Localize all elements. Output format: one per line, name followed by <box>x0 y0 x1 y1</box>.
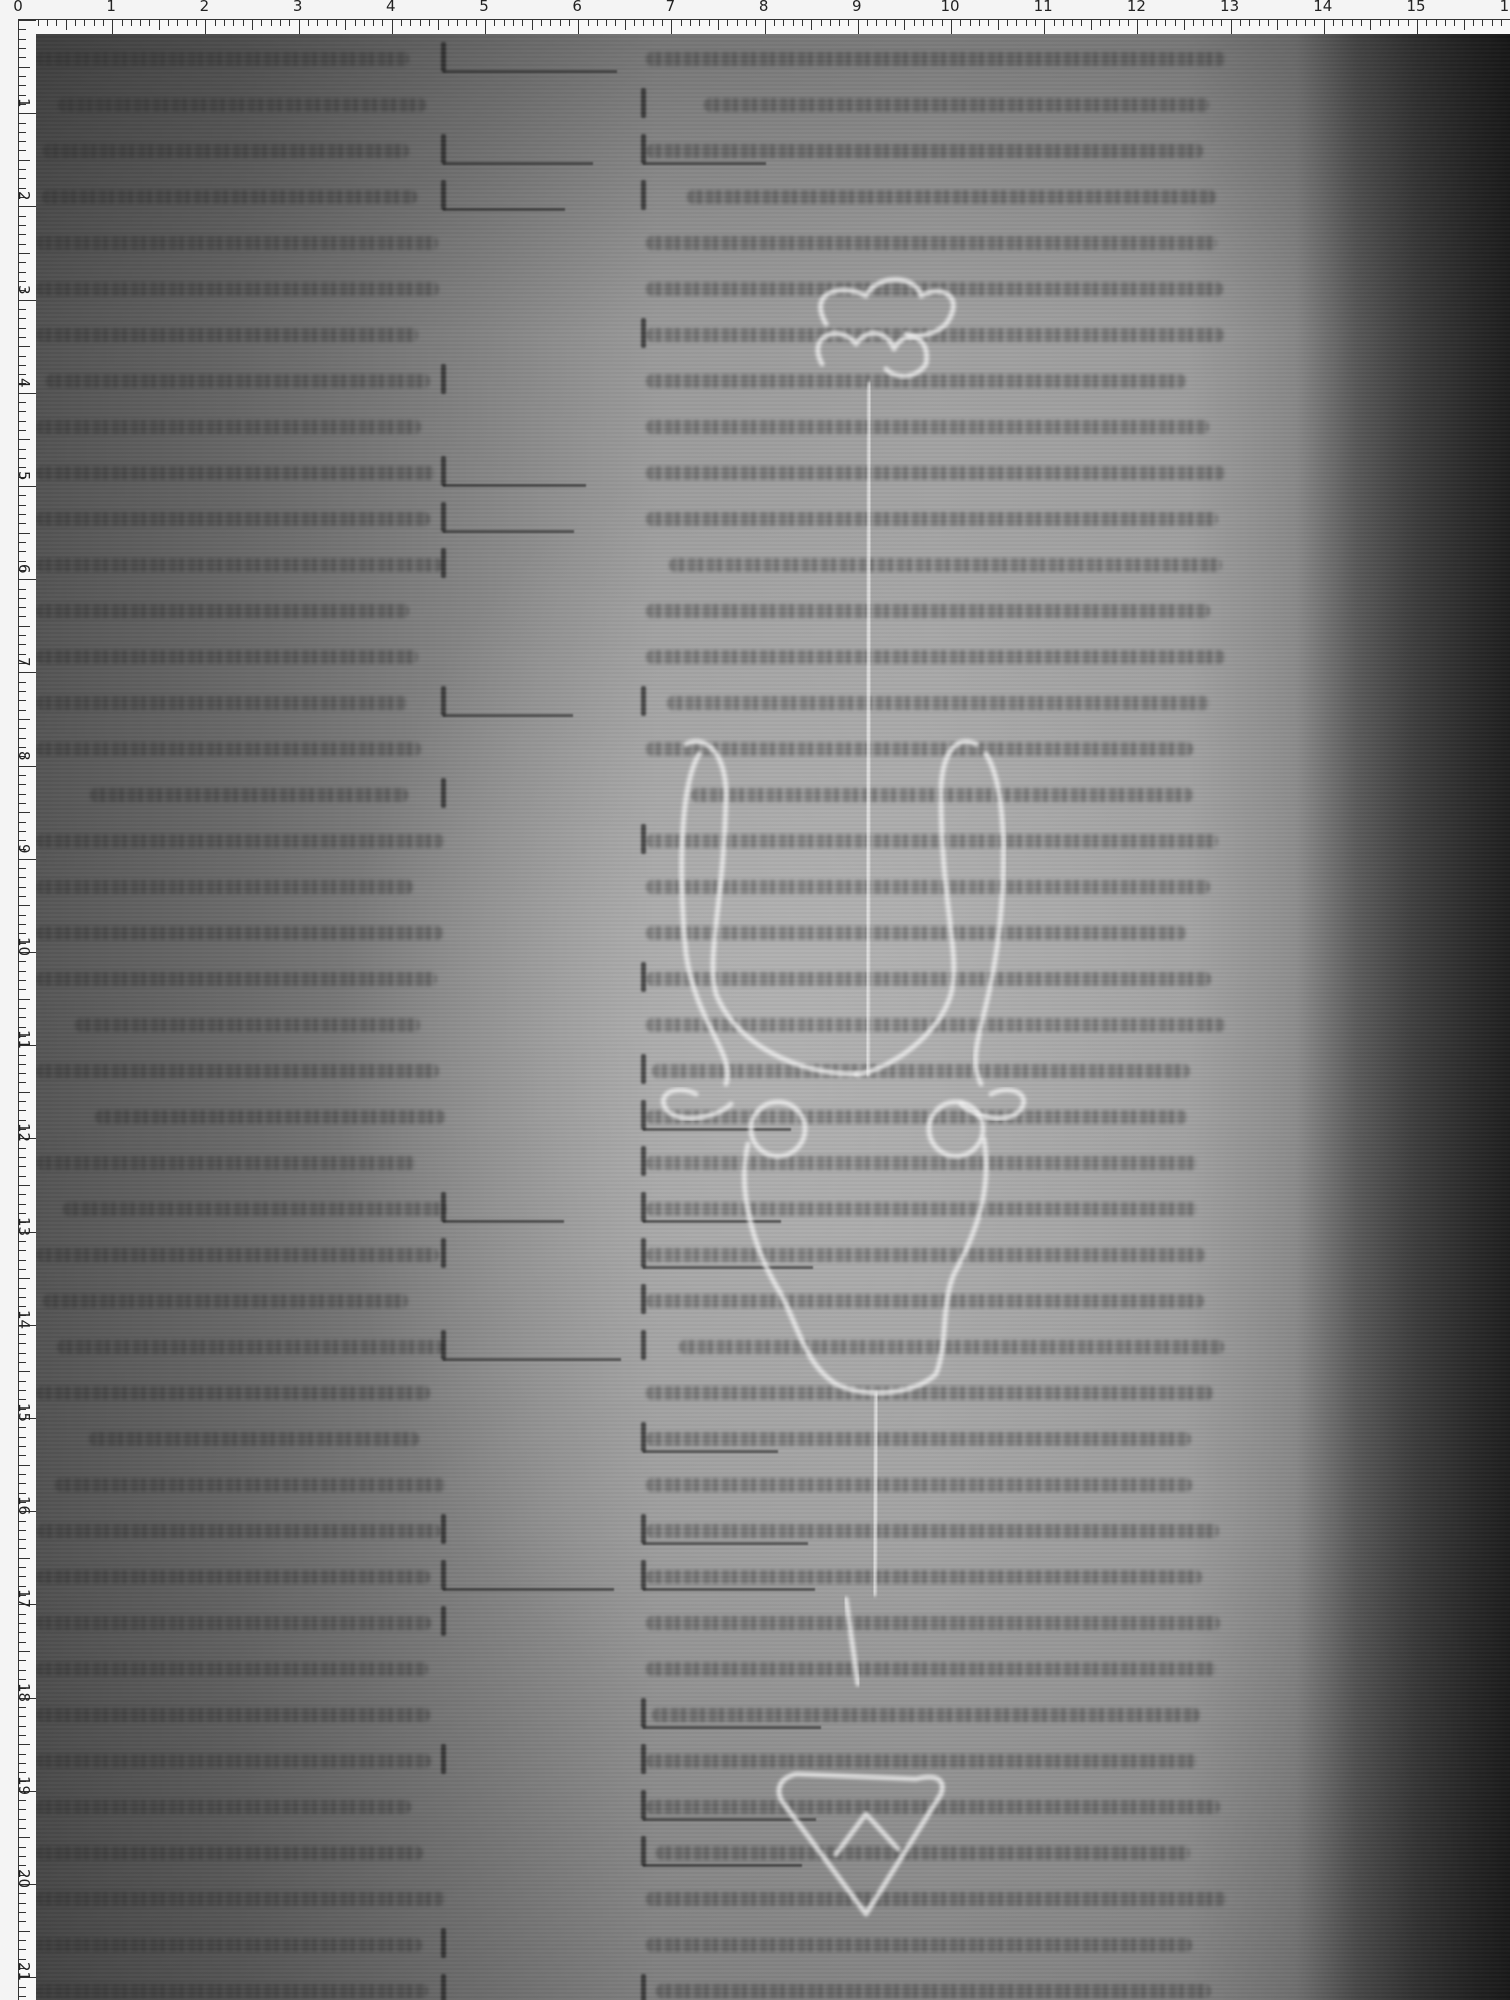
ruler-tick <box>336 20 337 26</box>
manuscript-text-line <box>667 696 1209 710</box>
ruler-label: 8 <box>16 751 32 761</box>
ruler-tick <box>19 1996 26 1997</box>
manuscript-text-line <box>36 558 443 572</box>
ruler-tick <box>19 533 30 534</box>
ruler-tick <box>19 262 26 263</box>
ruler-tick <box>19 644 26 645</box>
ruler-tick <box>848 20 849 26</box>
ruler-tick <box>1352 20 1353 26</box>
ruler-tick <box>19 775 26 776</box>
ruler-label: 21 <box>16 1962 32 1981</box>
manuscript-text-line <box>36 1938 422 1952</box>
ruler-tick <box>19 439 30 440</box>
ruler-tick <box>1473 20 1474 26</box>
ruler-tick <box>19 989 26 990</box>
ruler-tick <box>19 1073 26 1074</box>
ruler-tick <box>532 20 533 30</box>
underline-mark <box>443 1588 614 1591</box>
manuscript-text-line <box>646 1570 1202 1584</box>
ruler-tick <box>19 1809 26 1810</box>
ruler-tick <box>951 20 952 35</box>
ruler-tick <box>19 635 26 636</box>
bracket-mark <box>441 364 446 394</box>
ruler-tick <box>382 20 383 26</box>
ruler-tick <box>19 1148 26 1149</box>
ruler-tick <box>793 20 794 26</box>
underline-mark <box>443 530 574 533</box>
bracket-mark <box>441 42 446 72</box>
ruler-tick <box>215 20 216 26</box>
ruler-tick <box>1221 20 1222 26</box>
ruler-label: 19 <box>16 1776 32 1795</box>
ruler-tick <box>1184 20 1185 30</box>
ruler-tick <box>19 48 26 49</box>
manuscript-text-line <box>36 236 438 250</box>
ruler-tick <box>457 20 458 26</box>
manuscript-text-line <box>63 1202 446 1216</box>
ruler-tick <box>364 20 365 26</box>
ruler-tick <box>19 794 26 795</box>
ruler-tick <box>94 20 95 26</box>
manuscript-text-line <box>646 880 1210 894</box>
ruler-tick <box>19 1893 26 1894</box>
ruler-tick <box>19 1623 26 1624</box>
ruler-tick <box>1259 20 1260 26</box>
manuscript-text-line <box>36 650 418 664</box>
manuscript-text-line <box>36 52 409 66</box>
ruler-tick <box>19 309 26 310</box>
ruler-label: 2 <box>16 191 32 201</box>
ruler-tick <box>19 1828 26 1829</box>
ruler-tick <box>1361 20 1362 26</box>
ruler-tick <box>755 20 756 26</box>
ruler-tick <box>1492 20 1493 26</box>
ruler-tick <box>19 1437 26 1438</box>
ruler-label: 16 <box>16 1496 32 1515</box>
manuscript-text-line <box>36 880 413 894</box>
ruler-label: 5 <box>479 0 489 14</box>
bracket-mark <box>441 548 446 578</box>
manuscript-text-line <box>656 1984 1211 1998</box>
underline-mark <box>643 162 766 165</box>
ruler-label: 3 <box>293 0 303 14</box>
ruler-tick <box>1370 20 1371 30</box>
ruler-tick <box>1380 20 1381 26</box>
ruler-tick <box>19 887 26 888</box>
ruler-tick <box>895 20 896 26</box>
ruler-tick <box>131 20 132 26</box>
ruler-tick <box>19 1530 26 1531</box>
ruler-tick <box>1417 20 1418 35</box>
ruler-tick <box>19 1399 26 1400</box>
ruler-tick <box>19 1679 26 1680</box>
manuscript-text-line <box>646 650 1225 664</box>
manuscript-text-line <box>646 1386 1213 1400</box>
ruler-tick <box>19 467 26 468</box>
ruler-tick <box>1007 20 1008 26</box>
underline-mark <box>643 1588 815 1591</box>
ruler-tick <box>932 20 933 26</box>
ruler-tick <box>19 1390 26 1391</box>
bracket-mark <box>641 1422 646 1452</box>
manuscript-text-line <box>646 1248 1205 1262</box>
bracket-mark <box>641 1836 646 1866</box>
ruler-tick <box>19 1865 26 1866</box>
ruler-tick <box>19 1735 26 1736</box>
ruler-tick <box>19 523 26 524</box>
ruler-tick <box>38 20 39 26</box>
ruler-tick <box>19 868 26 869</box>
ruler-tick <box>560 20 561 26</box>
manuscript-text-line <box>89 1432 420 1446</box>
manuscript-text-line <box>646 1156 1197 1170</box>
ruler-tick <box>1296 20 1297 26</box>
bracket-mark <box>641 1238 646 1268</box>
ruler-label: 13 <box>16 1217 32 1236</box>
ruler-tick <box>19 589 26 590</box>
manuscript-text-line <box>58 98 426 112</box>
bracket-mark <box>641 1330 646 1360</box>
manuscript-text-line <box>36 328 418 342</box>
ruler-tick <box>19 113 36 114</box>
manuscript-text-line <box>36 282 439 296</box>
ruler-tick <box>1277 20 1278 30</box>
manuscript-text-line <box>669 558 1221 572</box>
ruler-tick <box>19 1297 26 1298</box>
ruler-label: 9 <box>852 0 862 14</box>
manuscript-text-line <box>90 788 407 802</box>
ruler-tick <box>1398 20 1399 26</box>
manuscript-text-line <box>36 1570 430 1584</box>
ruler-tick <box>550 20 551 26</box>
ruler-tick <box>187 20 188 26</box>
manuscript-text-line <box>691 788 1193 802</box>
ruler-tick <box>19 1371 30 1372</box>
manuscript-text-line <box>43 1294 408 1308</box>
ruler-tick <box>19 328 26 329</box>
ruler-tick <box>1016 20 1017 26</box>
ruler-tick <box>19 234 26 235</box>
ruler-label: 10 <box>940 0 959 14</box>
ruler-tick <box>19 1548 26 1549</box>
ruler-tick <box>1445 20 1446 26</box>
ruler-label: 17 <box>16 1589 32 1608</box>
manuscript-text-line <box>36 742 421 756</box>
ruler-tick <box>522 20 523 26</box>
manuscript-text-line <box>646 374 1186 388</box>
ruler-tick <box>19 710 26 711</box>
ruler-tick <box>19 281 26 282</box>
bracket-mark <box>641 318 646 348</box>
manuscript-text-line <box>646 1892 1226 1906</box>
manuscript-text-line <box>95 1110 444 1124</box>
manuscript-text-line <box>646 1478 1192 1492</box>
ruler-tick <box>112 20 113 35</box>
ruler-tick <box>19 682 26 683</box>
ruler-tick <box>19 1940 26 1941</box>
ruler-tick <box>410 20 411 26</box>
ruler-tick <box>466 20 467 26</box>
ruler-label: 16 <box>1500 0 1510 14</box>
ruler-tick <box>19 85 26 86</box>
ruler-tick <box>19 458 26 459</box>
ruler-tick <box>140 20 141 26</box>
ruler-tick <box>485 20 486 35</box>
lyre-watermark-icon <box>36 34 1510 2000</box>
ruler-tick <box>19 178 26 179</box>
manuscript-text-line <box>36 604 409 618</box>
ruler-tick <box>19 421 26 422</box>
ruler-tick <box>19 1856 26 1857</box>
ruler-tick <box>19 57 26 58</box>
ruler-tick <box>19 1521 26 1522</box>
ruler-tick <box>56 20 57 26</box>
ruler-tick <box>1231 20 1232 35</box>
ruler-tick <box>19 1427 26 1428</box>
ruler-label: 14 <box>16 1310 32 1329</box>
ruler-tick <box>19 1837 30 1838</box>
ruler-tick <box>420 20 421 26</box>
ruler-tick <box>19 924 26 925</box>
ruler-tick <box>653 20 654 26</box>
ruler-tick <box>643 20 644 26</box>
ruler-tick <box>19 971 26 972</box>
ruler-tick <box>19 1754 26 1755</box>
ruler-tick <box>569 20 570 26</box>
ruler-tick <box>168 20 169 26</box>
ruler-tick <box>1268 20 1269 26</box>
ruler-tick <box>839 20 840 26</box>
ruler-tick <box>923 20 924 26</box>
ruler-tick <box>19 337 26 338</box>
underline-mark <box>643 1726 821 1729</box>
ruler-tick <box>19 654 26 655</box>
ruler-tick <box>19 561 26 562</box>
ruler-tick <box>1212 20 1213 26</box>
ruler-tick <box>1063 20 1064 26</box>
ruler-tick <box>1100 20 1101 26</box>
ruler-tick <box>19 206 36 207</box>
ruler-tick <box>19 514 26 515</box>
ruler-label: 2 <box>200 0 210 14</box>
bracket-mark <box>441 778 446 808</box>
manuscript-text-line <box>36 1708 430 1722</box>
manuscript-text-line <box>646 1202 1197 1216</box>
underline-mark <box>443 1220 564 1223</box>
ruler-tick <box>401 20 402 26</box>
bracket-mark <box>441 134 446 164</box>
ruler-tick <box>19 616 26 617</box>
ruler-label: 18 <box>16 1683 32 1702</box>
ruler-tick <box>1454 20 1455 26</box>
ruler-tick <box>1044 20 1045 35</box>
ruler-tick <box>578 20 579 35</box>
ruler-tick <box>19 1353 26 1354</box>
bracket-mark <box>441 686 446 716</box>
manuscript-text-line <box>42 190 417 204</box>
ruler-tick <box>149 20 150 26</box>
ruler-tick <box>19 1455 26 1456</box>
ruler-tick <box>19 1334 26 1335</box>
manuscript-text-line <box>646 512 1218 526</box>
ruler-label: 3 <box>16 285 32 295</box>
ruler-tick <box>19 1288 26 1289</box>
ruler-tick <box>1054 20 1055 26</box>
ruler-tick <box>988 20 989 26</box>
ruler-tick <box>19 1949 26 1950</box>
ruler-label: 12 <box>16 1123 32 1142</box>
ruler-tick <box>1147 20 1148 26</box>
ruler-tick <box>1287 20 1288 26</box>
ruler-tick <box>1128 20 1129 26</box>
ruler-tick <box>1119 20 1120 26</box>
ruler-tick <box>19 840 26 841</box>
ruler-label: 0 <box>13 0 23 14</box>
ruler-tick <box>821 20 822 26</box>
ruler-tick <box>289 20 290 26</box>
manuscript-radiograph <box>36 34 1510 2000</box>
ruler-tick <box>1035 20 1036 26</box>
bracket-mark <box>641 1974 646 2000</box>
ruler-tick <box>1408 20 1409 26</box>
bracket-mark <box>641 1146 646 1176</box>
manuscript-text-line <box>646 236 1217 250</box>
ruler-tick <box>19 766 36 767</box>
bracket-mark <box>441 456 446 486</box>
ruler-tick <box>1249 20 1250 26</box>
ruler-label: 11 <box>1034 0 1053 14</box>
ruler-label: 20 <box>16 1869 32 1888</box>
ruler-tick <box>19 1931 30 1932</box>
ruler-tick <box>19 579 36 580</box>
ruler-tick <box>19 1278 30 1279</box>
ruler-tick <box>774 20 775 26</box>
ruler-tick <box>19 39 26 40</box>
ruler-tick <box>47 20 48 26</box>
ruler-tick <box>765 20 766 35</box>
ruler-tick <box>19 141 26 142</box>
ruler-tick <box>1324 20 1325 35</box>
ruler-tick <box>699 20 700 26</box>
ruler-tick <box>504 20 505 26</box>
ruler-tick <box>196 20 197 26</box>
ruler-tick <box>345 20 346 30</box>
manuscript-text-line <box>46 374 430 388</box>
ruler-tick <box>19 598 26 599</box>
ruler-label: 12 <box>1127 0 1146 14</box>
underline-mark <box>643 1128 791 1131</box>
manuscript-text-line <box>646 466 1225 480</box>
ruler-tick <box>84 20 85 26</box>
ruler-tick <box>122 20 123 26</box>
manuscript-text-line <box>646 328 1224 342</box>
ruler-tick <box>261 20 262 26</box>
ruler-tick <box>1436 20 1437 26</box>
ruler-tick <box>19 803 26 804</box>
ruler-tick <box>19 402 26 403</box>
manuscript-text-line <box>36 972 437 986</box>
bracket-mark <box>641 88 646 118</box>
ruler-tick <box>252 20 253 30</box>
ruler-tick <box>19 1642 26 1643</box>
ruler-tick <box>373 20 374 26</box>
manuscript-text-line <box>646 604 1210 618</box>
ruler-tick <box>1026 20 1027 26</box>
bracket-mark <box>641 180 646 210</box>
ruler-tick <box>19 1819 26 1820</box>
bracket-mark <box>641 134 646 164</box>
bracket-mark <box>441 1974 446 2000</box>
ruler-tick <box>19 1632 26 1633</box>
ruler-tick <box>19 1474 26 1475</box>
ruler-tick <box>19 272 26 273</box>
ruler-tick <box>1305 20 1306 26</box>
ruler-tick <box>19 1306 26 1307</box>
ruler-tick <box>19 365 26 366</box>
ruler-tick <box>448 20 449 26</box>
ruler-tick <box>19 1082 26 1083</box>
ruler-tick <box>19 812 30 813</box>
ruler-tick <box>19 738 26 739</box>
underline-mark <box>443 70 617 73</box>
manuscript-text-line <box>646 52 1225 66</box>
bracket-mark <box>641 1284 646 1314</box>
ruler-tick <box>19 1772 26 1773</box>
ruler-tick <box>1203 20 1204 26</box>
ruler-tick <box>625 20 626 30</box>
manuscript-text-line <box>646 1110 1187 1124</box>
bracket-mark <box>441 1330 446 1360</box>
manuscript-text-line <box>646 1800 1220 1814</box>
ruler-tick <box>19 672 36 673</box>
ruler-tick <box>634 20 635 26</box>
underline-mark <box>643 1864 802 1867</box>
ruler-tick <box>19 188 26 189</box>
ruler-tick <box>19 1576 26 1577</box>
ruler-tick <box>19 905 30 906</box>
ruler-tick <box>1109 20 1110 26</box>
ruler-label: 6 <box>572 0 582 14</box>
ruler-tick <box>19 691 26 692</box>
ruler-tick <box>19 300 36 301</box>
ruler-tick <box>19 896 26 897</box>
ruler-tick <box>19 1055 26 1056</box>
ruler-tick <box>243 20 244 26</box>
manuscript-text-line <box>679 1340 1224 1354</box>
ruler-tick <box>19 1213 26 1214</box>
ruler-tick <box>1482 20 1483 26</box>
underline-mark <box>443 1358 621 1361</box>
manuscript-text-line <box>36 512 430 526</box>
ruler-tick <box>19 1092 30 1093</box>
ruler-tick <box>19 700 26 701</box>
ruler-label: 10 <box>16 937 32 956</box>
ruler-tick <box>19 1567 26 1568</box>
manuscript-text-line <box>36 1892 445 1906</box>
ruler-tick <box>19 915 26 916</box>
ruler-tick <box>19 1959 26 1960</box>
manuscript-text-line <box>652 1064 1190 1078</box>
manuscript-text-line <box>652 1708 1200 1722</box>
ruler-tick <box>159 20 160 30</box>
ruler-tick <box>392 20 393 35</box>
ruler-tick <box>19 1707 26 1708</box>
bracket-mark <box>641 1744 646 1774</box>
ruler-tick <box>19 822 26 823</box>
ruler-tick <box>1342 20 1343 26</box>
ruler-tick <box>876 20 877 26</box>
ruler-tick <box>19 542 26 543</box>
